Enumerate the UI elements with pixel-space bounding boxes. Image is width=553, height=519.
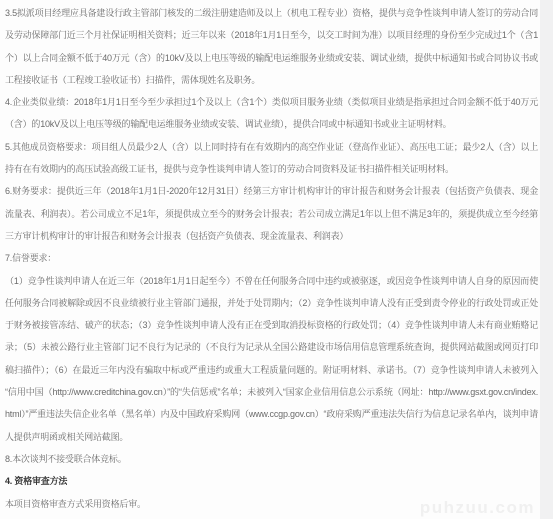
document-content: 3.5拟派项目经理应具备建设行政主管部门核发的二级注册建造师及以上（机电工程专业…	[5, 2, 538, 515]
clause-3-5-project-manager: 3.5拟派项目经理应具备建设行政主管部门核发的二级注册建造师及以上（机电工程专业…	[5, 2, 538, 91]
document-page: 3.5拟派项目经理应具备建设行政主管部门核发的二级注册建造师及以上（机电工程专业…	[0, 0, 553, 519]
scrollbar-track[interactable]	[540, 0, 553, 519]
clause-4-similar-performance: 4.企业类似业绩：2018年1月1日至今至少承担过1个及以上（含1个）类似项目服…	[5, 91, 538, 136]
clause-5-other-member-qualifications: 5.其他成员资格要求：项目组人员最少2人（含）以上同时持有在有效期内的高空作业证…	[5, 136, 538, 181]
clause-7-reputation-requirements-items: （1）竞争性谈判申请人在近三年（2018年1月1日起至今）不曾在任何服务合同中违…	[5, 270, 538, 448]
clause-8-no-consortium: 8.本次谈判不接受联合体竞标。	[5, 448, 538, 470]
section-4-qualification-review-heading: 4. 资格审查方法	[5, 470, 538, 492]
clause-6-financial-requirements: 6.财务要求：提供近三年（2018年1月1日-2020年12月31日）经第三方审…	[5, 180, 538, 247]
clause-7-reputation-requirements-title: 7.信誉要求：	[5, 247, 538, 269]
qualification-review-method-text: 本项目资格审查方式采用资格后审。	[5, 493, 538, 515]
